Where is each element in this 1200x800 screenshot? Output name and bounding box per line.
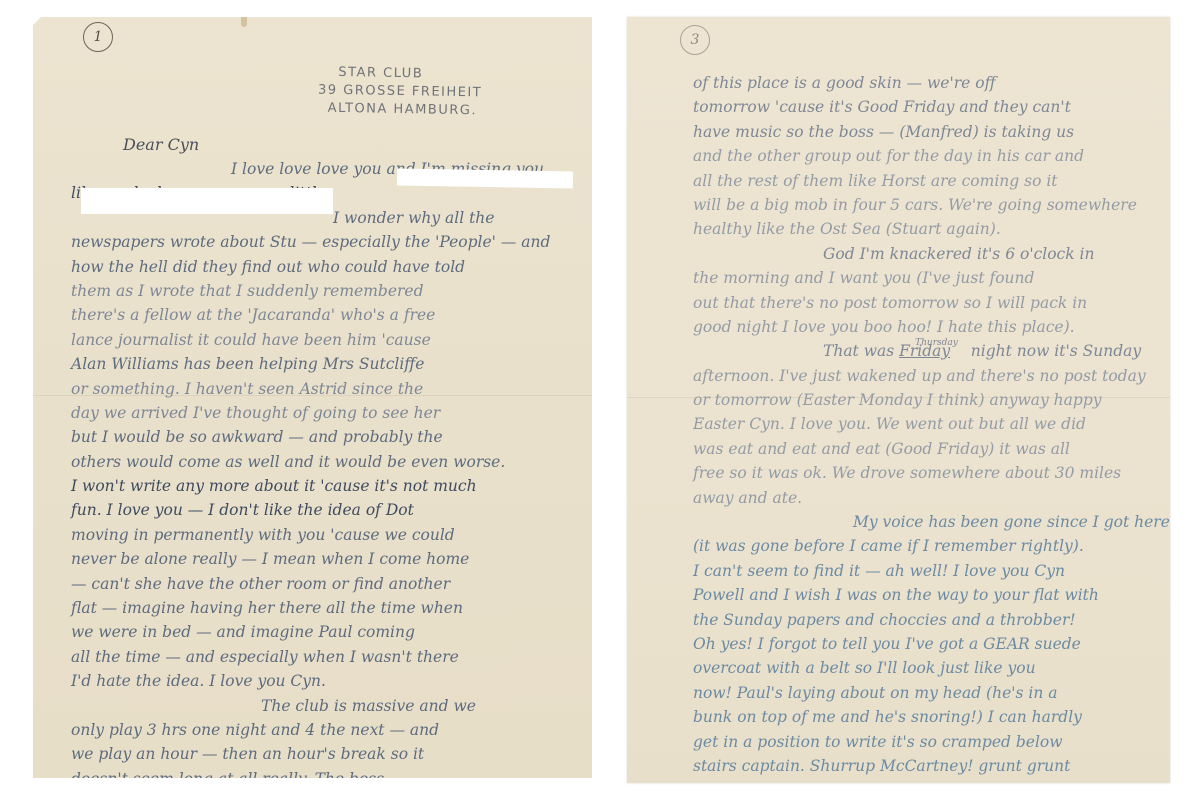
text-line: I won't write any more about it 'cause i… — [71, 474, 550, 498]
sender-address: STAR CLUB 39 GROSSE FREIHEIT ALTONA HAMB… — [318, 64, 483, 121]
text-line: day we arrived I've thought of going to … — [71, 401, 550, 425]
superscript-correction: Thursday — [915, 338, 958, 348]
text-line: get in a position to write it's so cramp… — [693, 730, 1170, 754]
text-line: the morning and I want you (I've just fo… — [693, 266, 1170, 290]
page-number-circle: 1 — [83, 22, 113, 52]
text-line: I can't seem to find it — ah well! I lov… — [693, 559, 1170, 583]
text-line: of this place is a good skin — we're off — [693, 71, 1170, 95]
text-line: have music so the boss — (Manfred) is ta… — [693, 120, 1170, 144]
letter-body-page-1: I love love love you and I'm missing you… — [71, 157, 550, 791]
text-line: God I'm knackered it's 6 o'clock in — [693, 242, 1170, 266]
text-line: healthy like the Ost Sea (Stuart again). — [693, 217, 1170, 241]
letter-page-3: 3 of this place is a good skin — we're o… — [627, 17, 1170, 783]
page-number-circle: 3 — [680, 25, 710, 55]
text-line: lance journalist it could have been him … — [71, 328, 550, 352]
text-line: afternoon. I've just wakened up and ther… — [693, 364, 1170, 388]
text-line: there's a fellow at the 'Jacaranda' who'… — [71, 303, 550, 327]
text-line: (it was gone before I came if I remember… — [693, 534, 1170, 558]
text-line: I'd hate the idea. I love you Cyn. — [71, 669, 550, 693]
text-line: Powell and I wish I was on the way to yo… — [693, 583, 1170, 607]
redaction-bar — [397, 168, 573, 188]
text-line: Alan Williams has been helping Mrs Sutcl… — [71, 352, 550, 376]
text-line: and the other group out for the day in h… — [693, 144, 1170, 168]
text-line: was eat and eat and eat (Good Friday) it… — [693, 437, 1170, 461]
text-line: or something. I haven't seen Astrid sinc… — [71, 377, 550, 401]
text-line: them as I wrote that I suddenly remember… — [71, 279, 550, 303]
text-line: we play an hour — then an hour's break s… — [71, 742, 550, 766]
text-line: Oh yes! I forgot to tell you I've got a … — [693, 632, 1170, 656]
text-line: good night I love you boo hoo! I hate th… — [693, 315, 1170, 339]
text-line: bunk on top of me and he's snoring!) I c… — [693, 705, 1170, 729]
text-line-with-correction: That was Friday Thursday night now it's … — [693, 339, 1170, 363]
text-line: free so it was ok. We drove somewhere ab… — [693, 461, 1170, 485]
text-line: Easter Cyn. I love you. We went out but … — [693, 412, 1170, 436]
text-fragment: night now it's Sunday — [971, 342, 1141, 360]
text-line: how the hell did they find out who could… — [71, 255, 550, 279]
text-line: stairs captain. Shurrup McCartney! grunt… — [693, 754, 1170, 778]
text-line: moving in permanently with you 'cause we… — [71, 523, 550, 547]
text-line: the Sunday papers and choccies and a thr… — [693, 608, 1170, 632]
text-line: all the rest of them like Horst are comi… — [693, 169, 1170, 193]
letter-body-page-3: of this place is a good skin — we're off… — [693, 71, 1170, 778]
text-line: others would come as well and it would b… — [71, 450, 550, 474]
text-line: flat — imagine having her there all the … — [71, 596, 550, 620]
text-line: all the time — and especially when I was… — [71, 645, 550, 669]
text-line: never be alone really — I mean when I co… — [71, 547, 550, 571]
text-line: doesn't seem long at all really. The bos… — [71, 767, 550, 791]
text-line: — can't she have the other room or find … — [71, 572, 550, 596]
text-line: will be a big mob in four 5 cars. We're … — [693, 193, 1170, 217]
text-line: overcoat with a belt so I'll look just l… — [693, 656, 1170, 680]
address-line: ALTONA HAMBURG. — [318, 100, 482, 121]
text-line: but I would be so awkward — and probably… — [71, 425, 550, 449]
paper-stain — [241, 15, 247, 27]
text-line: fun. I love you — I don't like the idea … — [71, 498, 550, 522]
text-line: or tomorrow (Easter Monday I think) anyw… — [693, 388, 1170, 412]
text-line: The club is massive and we — [71, 694, 550, 718]
salutation: Dear Cyn — [123, 135, 199, 154]
text-line: now! Paul's laying about on my head (he'… — [693, 681, 1170, 705]
text-line: we were in bed — and imagine Paul coming — [71, 620, 550, 644]
text-fragment: That was — [823, 342, 894, 360]
text-line: newspapers wrote about Stu — especially … — [71, 230, 550, 254]
text-line: only play 3 hrs one night and 4 the next… — [71, 718, 550, 742]
redaction-bar — [81, 188, 333, 214]
text-line: away and ate. — [693, 486, 1170, 510]
letter-page-1: 1 STAR CLUB 39 GROSSE FREIHEIT ALTONA HA… — [33, 17, 592, 778]
text-line: tomorrow 'cause it's Good Friday and the… — [693, 95, 1170, 119]
text-line: My voice has been gone since I got here — [693, 510, 1170, 534]
text-line: out that there's no post tomorrow so I w… — [693, 291, 1170, 315]
